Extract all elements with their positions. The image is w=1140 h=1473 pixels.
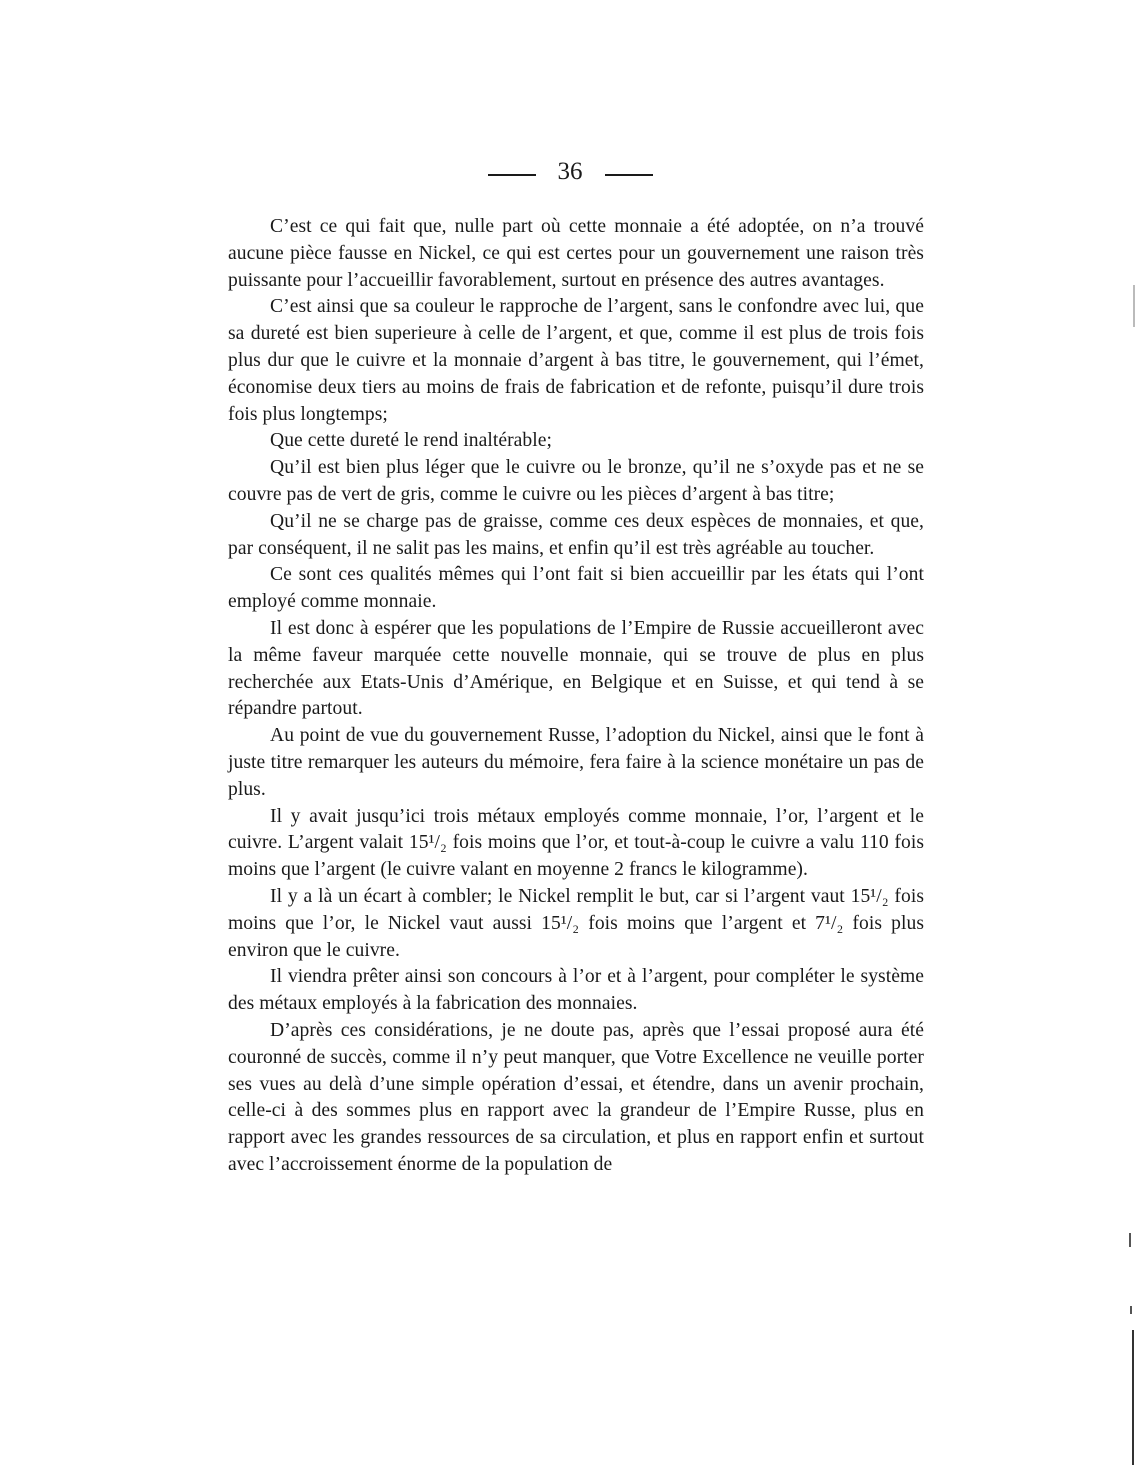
paragraph: Il viendra prêter ainsi son concours à l… [228,964,924,1018]
page-number: 36 [558,158,583,186]
paragraph: Qu’il est bien plus léger que le cuivre … [228,455,924,509]
scan-artifact-mark [1132,1330,1134,1465]
header-rule-left [488,174,536,176]
paragraph: Il est donc à espérer que les population… [228,616,924,723]
paragraph: Ce sont ces qualités mêmes qui l’ont fai… [228,562,924,616]
paragraph: C’est ce qui fait que, nulle part où cet… [228,214,924,294]
scan-artifact-mark [1129,1233,1131,1247]
paragraph: Au point de vue du gouvernement Russe, l… [228,723,924,803]
page-header: 36 [0,152,1140,192]
paragraph: Qu’il ne se charge pas de graisse, comme… [228,509,924,563]
paragraph: C’est ainsi que sa couleur le rapproche … [228,294,924,428]
paragraph: Que cette dureté le rend inaltérable; [228,428,924,455]
paragraph: D’après ces considérations, je ne doute … [228,1018,924,1179]
body-text: C’est ce qui fait que, nulle part où cet… [228,214,924,1179]
header-rule-right [605,174,653,176]
scan-artifact-mark [1133,285,1135,327]
scan-artifact-mark [1130,1306,1132,1314]
paragraph: Il y a là un écart à combler; le Nickel … [228,884,924,964]
paragraph: Il y avait jusqu’ici trois métaux employ… [228,804,924,884]
